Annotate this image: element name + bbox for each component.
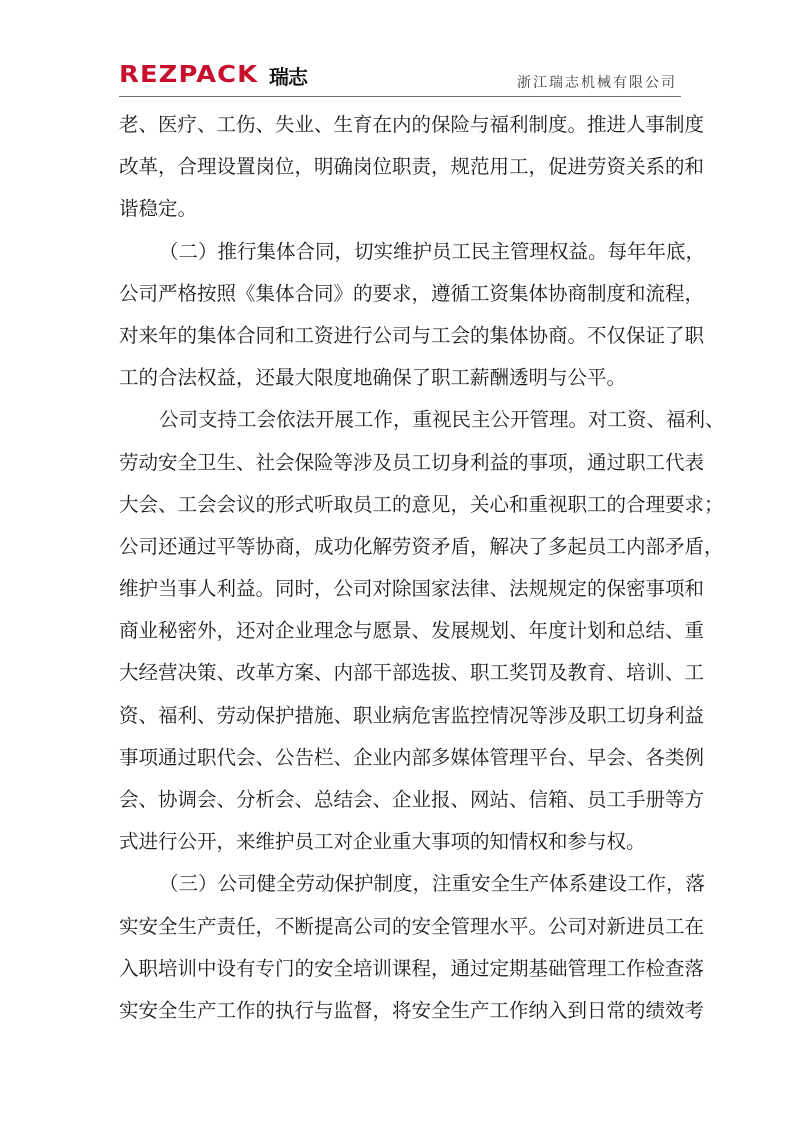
text-line: 会、协调会、分析会、总结会、企业报、网站、信箱、员工手册等方 (119, 779, 681, 821)
text-line: 对来年的集体合同和工资进行公司与工会的集体协商。不仅保证了职 (119, 315, 681, 357)
text-line: 大经营决策、改革方案、内部干部选拔、职工奖罚及教育、培训、工 (119, 652, 681, 694)
paragraph-welfare-continued: 老、医疗、工伤、失业、生育在内的保险与福利制度。推进人事制度 改革，合理设置岗位… (119, 104, 681, 231)
text-line: 入职培训中设有专门的安全培训课程，通过定期基础管理工作检查落 (119, 948, 681, 990)
paragraph-union-democratic-management: 公司支持工会依法开展工作，重视民主公开管理。对工资、福利、 劳动安全卫生、社会保… (119, 399, 681, 863)
text-line: 商业秘密外，还对企业理念与愿景、发展规划、年度计划和总结、重 (119, 610, 681, 652)
header-company-name: 浙江瑞志机械有限公司 (517, 72, 677, 92)
text-line: 老、医疗、工伤、失业、生育在内的保险与福利制度。推进人事制度 (119, 104, 681, 146)
text-line: 工的合法权益，还最大限度地确保了职工薪酬透明与公平。 (119, 357, 681, 399)
logo-wordmark: REZPACK (119, 62, 278, 88)
text-line: 公司严格按照《集体合同》的要求，遵循工资集体协商制度和流程， (119, 273, 681, 315)
text-line: 资、福利、劳动保护措施、职业病危害监控情况等涉及职工切身利益 (119, 695, 681, 737)
text-line: 大会、工会会议的形式听取员工的意见，关心和重视职工的合理要求； (119, 484, 681, 526)
company-logo: REZPACK 瑞志 (119, 62, 307, 88)
text-line: 公司还通过平等协商，成功化解劳资矛盾，解决了多起员工内部矛盾， (119, 526, 681, 568)
document-body: 老、医疗、工伤、失业、生育在内的保险与福利制度。推进人事制度 改革，合理设置岗位… (119, 104, 681, 1032)
text-line: 式进行公开，来维护员工对企业重大事项的知情权和参与权。 (119, 821, 681, 863)
text-line: 劳动安全卫生、社会保险等涉及员工切身利益的事项，通过职工代表 (119, 442, 681, 484)
text-line: 改革，合理设置岗位，明确岗位职责，规范用工，促进劳资关系的和 (119, 146, 681, 188)
text-line: 谐稳定。 (119, 188, 681, 230)
paragraph-labor-protection: （三）公司健全劳动保护制度，注重安全生产体系建设工作，落 实安全生产责任，不断提… (119, 863, 681, 1032)
text-line: 实安全生产责任，不断提高公司的安全管理水平。公司对新进员工在 (119, 906, 681, 948)
text-line: 公司支持工会依法开展工作，重视民主公开管理。对工资、福利、 (119, 399, 681, 441)
text-line: 事项通过职代会、公告栏、企业内部多媒体管理平台、早会、各类例 (119, 737, 681, 779)
text-line: （三）公司健全劳动保护制度，注重安全生产体系建设工作，落 (119, 863, 681, 905)
text-line: （二）推行集体合同，切实维护员工民主管理权益。每年年底， (119, 231, 681, 273)
page-header: REZPACK 瑞志 浙江瑞志机械有限公司 (119, 60, 681, 97)
text-line: 维护当事人利益。同时，公司对除国家法律、法规规定的保密事项和 (119, 568, 681, 610)
paragraph-collective-contract: （二）推行集体合同，切实维护员工民主管理权益。每年年底， 公司严格按照《集体合同… (119, 231, 681, 400)
text-line: 实安全生产工作的执行与监督，将安全生产工作纳入到日常的绩效考 (119, 990, 681, 1032)
